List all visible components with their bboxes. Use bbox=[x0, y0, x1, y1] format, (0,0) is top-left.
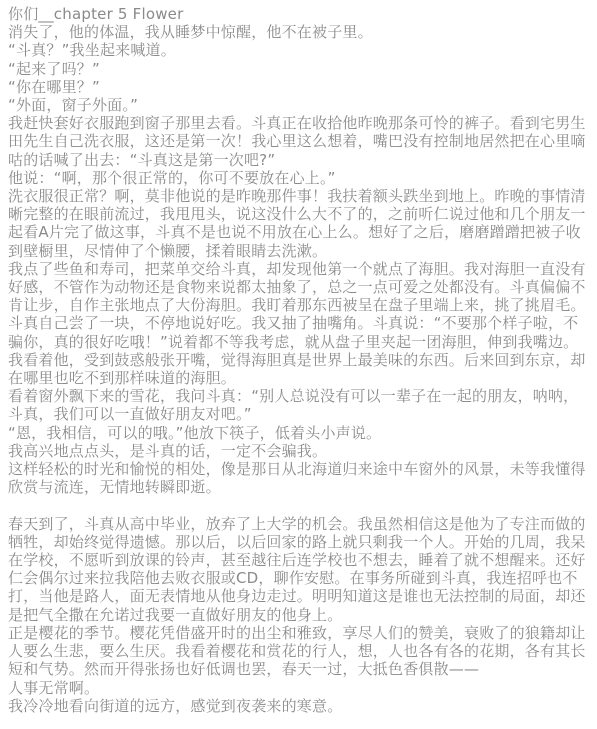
document-blocks: 我点了些鱼和寿司，把菜单交给斗真，却发现他第一个就点了海胆。我对海胆一直没有好感… bbox=[8, 260, 590, 715]
text-line: 我高兴地点点头，是斗真的话，一定不会骗我。 bbox=[8, 442, 590, 460]
text-line: 我点了些鱼和寿司，把菜单交给斗真，却发现他第一个就点了海胆。我对海胆一直没有好感… bbox=[8, 260, 590, 387]
text-line: “起来了吗？” bbox=[8, 60, 590, 78]
text-line: 消失了，他的体温，我从睡梦中惊醒，他不在被子里。 bbox=[8, 23, 590, 41]
chapter-title: 你们__chapter 5 Flower bbox=[8, 5, 590, 23]
text-line: “斗真？”我坐起来喊道。 bbox=[8, 41, 590, 59]
paragraph-block: 春天到了，斗真从高中毕业，放弃了上大学的机会。我虽然相信这是他为了专注而做的牺牲… bbox=[8, 515, 590, 715]
text-line: 正是樱花的季节。樱花凭借盛开时的出尘和雅致，享尽人们的赞美，衰败了的狼籍却让人要… bbox=[8, 624, 590, 679]
text-line: 人事无常啊。 bbox=[8, 679, 590, 697]
text-line: 春天到了，斗真从高中毕业，放弃了上大学的机会。我虽然相信这是他为了专注而做的牺牲… bbox=[8, 515, 590, 624]
text-line: 我赶快套好衣服跑到窗子那里去看。斗真正在收拾他昨晚那条可怜的裤子。看到宅男生田先… bbox=[8, 114, 590, 169]
text-line: 洗衣服很正常？啊，莫非他说的是昨晚那件事！我扶着额头跌坐到地上。昨晚的事情清晰完… bbox=[8, 187, 590, 260]
text-line: “你在哪里？” bbox=[8, 78, 590, 96]
text-line: 他说：“啊，那个很正常的，你可不要放在心上。” bbox=[8, 169, 590, 187]
document-body: 消失了，他的体温，我从睡梦中惊醒，他不在被子里。“斗真？”我坐起来喊道。“起来了… bbox=[8, 23, 590, 260]
text-line: 我冷冷地看向街道的远方，感觉到夜袭来的寒意。 bbox=[8, 697, 590, 715]
document-page: 你们__chapter 5 Flower 消失了，他的体温，我从睡梦中惊醒，他不… bbox=[0, 0, 597, 721]
text-line: “外面，窗子外面。” bbox=[8, 96, 590, 114]
text-line: “恩，我相信，可以的哦。”他放下筷子，低着头小声说。 bbox=[8, 424, 590, 442]
text-line: 这样轻松的时光和愉悦的相处，像是那日从北海道归来途中车窗外的风景，未等我懂得欣赏… bbox=[8, 460, 590, 496]
paragraph-block: 我点了些鱼和寿司，把菜单交给斗真，却发现他第一个就点了海胆。我对海胆一直没有好感… bbox=[8, 260, 590, 497]
text-line: 看着窗外飘下来的雪花，我问斗真：“别人总说没有可以一辈子在一起的朋友，呐呐，斗真… bbox=[8, 387, 590, 423]
title-block: 你们__chapter 5 Flower 消失了，他的体温，我从睡梦中惊醒，他不… bbox=[8, 5, 590, 260]
